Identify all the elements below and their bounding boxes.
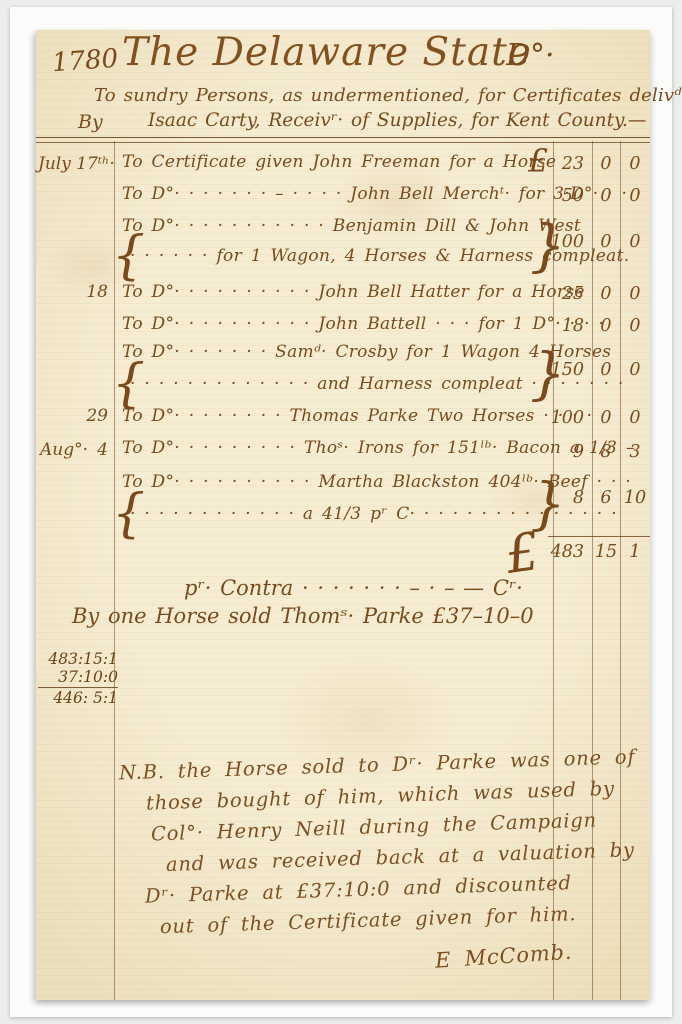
amount-pence: 0	[621, 154, 649, 174]
calc-rule	[38, 687, 118, 688]
pence-column-rule	[620, 141, 621, 1000]
nota-bene: N.B. the Horse sold to Dʳ· Parke was one…	[99, 746, 616, 980]
calc-subtrahend: 37:10:0	[42, 668, 118, 686]
amount-shillings: 0	[593, 360, 619, 380]
amount-pounds: 25	[536, 284, 584, 304]
amount-pounds: 150	[536, 360, 584, 380]
amount-pence: 0	[621, 408, 649, 428]
manuscript-page: 1780 The Delaware State D°· To sundry Pe…	[36, 30, 650, 1000]
amount-pence: 0	[621, 186, 649, 206]
calc-minuend: 483:15:1	[42, 650, 118, 668]
row-text-line1: To D°· · · · · · · · · · · Benjamin Dill…	[122, 216, 581, 236]
amount-pounds: 100	[536, 408, 584, 428]
row-day: 4	[38, 440, 108, 460]
row-text: To D°· · · · · · · · · · John Battell · …	[122, 314, 604, 334]
document-title: The Delaware State	[122, 30, 532, 75]
amount-shillings: 0	[593, 232, 619, 252]
amount-pence: 0	[621, 284, 649, 304]
amount-pence: 0	[621, 316, 649, 336]
amount-pounds: 100	[536, 232, 584, 252]
header-line-2: Isaac Carty, Receivʳ· of Supplies, for K…	[148, 110, 646, 131]
row-date: 18	[38, 282, 108, 302]
amount-pounds: 9	[536, 442, 584, 462]
amount-shillings: 8	[593, 442, 619, 462]
amount-shillings: 0	[593, 408, 619, 428]
amount-shillings: 6	[593, 488, 619, 508]
amount-pounds: 23	[536, 154, 584, 174]
calc-difference: 446: 5:1	[42, 689, 118, 707]
amount-shillings: 0	[593, 316, 619, 336]
total-pounds: 483	[536, 542, 584, 562]
signature: E McComb.	[434, 937, 615, 973]
amount-shillings: 0	[593, 154, 619, 174]
row-date: July 17ᵗʰ·	[38, 154, 108, 174]
year-label: 1780	[51, 44, 119, 79]
amount-pounds: 50	[536, 186, 584, 206]
row-text: To D°· · · · · · · · Thomas Parke Two Ho…	[122, 406, 592, 426]
row-text: To Certificate given John Freeman for a …	[122, 152, 556, 172]
contra-heading: pʳ· Contra · · · · · · · – · – — Cʳ·	[184, 576, 523, 600]
amount-pence: 10	[621, 488, 649, 508]
row-date: 29	[38, 406, 108, 426]
amount-shillings: 0	[593, 186, 619, 206]
contra-entry: By one Horse sold Thomˢ· Parke £37–10–0	[72, 604, 534, 628]
amount-pence: 3	[621, 442, 649, 462]
amount-shillings: 0	[593, 284, 619, 304]
header-by-label: By	[78, 111, 103, 133]
header-line-1: To sundry Persons, as undermentioned, fo…	[94, 85, 682, 106]
total-shillings: 15	[593, 542, 619, 562]
amount-pounds: 18	[536, 316, 584, 336]
amount-pence: 0	[621, 360, 649, 380]
debtor-abbreviation: D°·	[506, 38, 555, 73]
total-pence: 1	[621, 542, 649, 562]
margin-calculation: 483:15:1 37:10:0 446: 5:1	[42, 650, 118, 707]
amount-pounds: 8	[536, 488, 584, 508]
amount-pence: 0	[621, 232, 649, 252]
row-text: To D°· · · · · · · · · · John Bell Hatte…	[122, 282, 585, 302]
header-rule	[36, 137, 650, 143]
total-rule	[548, 536, 650, 537]
